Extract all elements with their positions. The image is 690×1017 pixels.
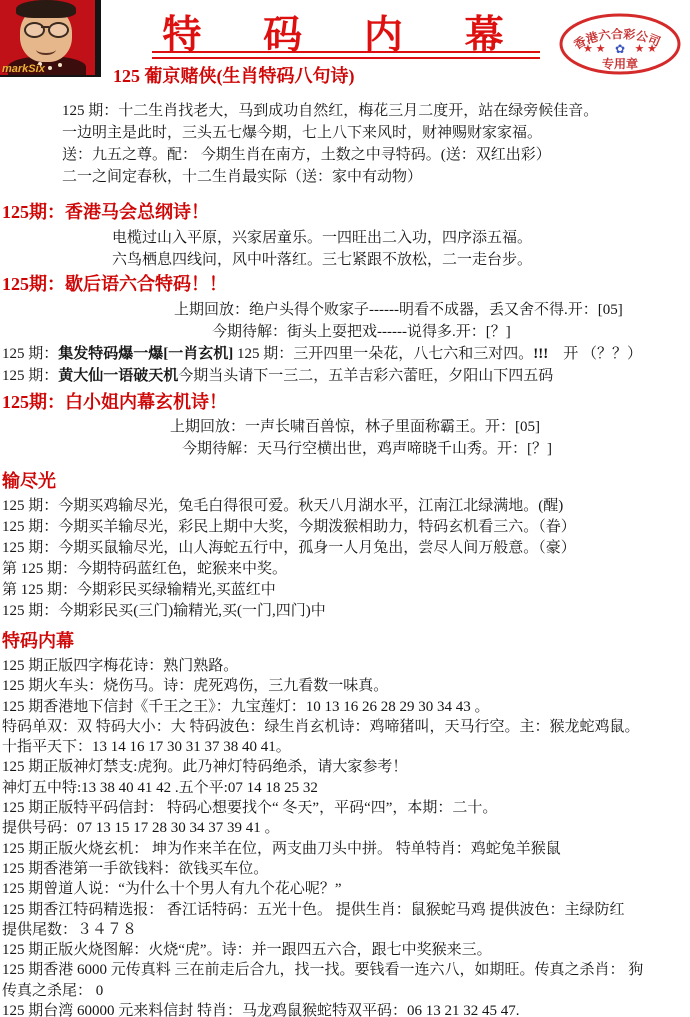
text-run: 125 期：十二生肖找老大，马到成功自然红，梅花三月二度开，站在绿旁候佳音。 — [62, 103, 598, 119]
text-line: 125 期正版火烧图解：火烧“虎”。诗：并一跟四五六合，跟七中奖猴来三。 — [2, 940, 643, 960]
text-run: 125 期正版四字梅花诗：熟门熟路。 — [2, 658, 238, 674]
text-line: 125 期曾道人说：“为什么十个男人有九个花心呢？” — [2, 879, 643, 899]
shirt-button — [58, 63, 62, 67]
text-run: 125 期香江特码精选报： 香江话特码：五光十色。 提供生肖：鼠猴蛇马鸡 提供波… — [2, 902, 625, 918]
text-run: 125 期正版火烧玄机： 坤为作来羊在位，两支曲刀头中拼。 特单特肖：鸡蛇兔羊猴… — [2, 841, 561, 857]
text-line: 125 期正版火烧玄机： 坤为作来羊在位，两支曲刀头中拼。 特单特肖：鸡蛇兔羊猴… — [2, 839, 643, 859]
section-heading-temaneimu: 特码内幕 — [2, 627, 74, 653]
text-run: 125 期：今期彩民买(三门)输精光,买(一门,四门)中 — [2, 603, 326, 619]
company-seal: 香港六合彩公司 ★ ★ ✿ ★ ★ 专用章 — [556, 10, 684, 78]
glasses-left-lens — [24, 22, 45, 38]
text-line: 上期回放：绝户头得个败家子------明看不成器，丢又舍不得.开：[05] — [174, 299, 642, 321]
text-run: 今期待解：街头上耍把戏------说得多.开：[？] — [212, 324, 511, 340]
text-run: 125 期火车头：烧伤马。诗：虎死鸡伤，三九看数一味真。 — [2, 678, 388, 694]
text-run: 125 期：今期买羊输尽光，彩民上期中大奖，今期泼猴相助力，特码玄机看三六。（眷… — [2, 519, 576, 535]
text-line: 十指平天下：13 14 16 17 30 31 37 38 40 41。 — [2, 737, 643, 757]
text-run: 125 期香港第一手欲钱料：欲钱买车位。 — [2, 861, 268, 877]
text-run: 125 期香港 6000 元传真料 三在前走后合九，找一找。要钱看一连六八，如期… — [2, 962, 643, 978]
section-heading-shujinguang: 输尽光 — [2, 467, 56, 493]
text-line: 125 期正版神灯禁支:虎狗。此乃神灯特码绝杀，请大家参考！ — [2, 757, 643, 777]
text-run: 上期回放：绝户头得个败家子------明看不成器，丢又舍不得.开：[05] — [174, 302, 623, 318]
text-run: 第 125 期：今期彩民买绿输精光,买蓝红中 — [2, 582, 276, 598]
text-line: 125 期：十二生肖找老大，马到成功自然红，梅花三月二度开，站在绿旁候佳音。 — [62, 100, 598, 122]
text-run: 提供号码：07 13 15 17 28 30 34 37 39 41 。 — [2, 820, 280, 836]
text-line: 传真之杀尾： 0 — [2, 981, 643, 1001]
section-heading-hkjc-poem: 125期：香港马会总纲诗！ — [2, 198, 209, 224]
text-run: 125 期曾道人说：“为什么十个男人有九个花心呢？” — [2, 881, 342, 897]
text-line: 送：九五之尊。配： 今期生肖在南方，土数之中寻特码。(送：双红出彩） — [62, 144, 598, 166]
text-line: 125 期：今期买羊输尽光，彩民上期中大奖，今期泼猴相助力，特码玄机看三六。（眷… — [2, 517, 576, 538]
text-run: 上期回放：一声长啸百兽惊，林子里面称霸王。开：[05] — [170, 419, 540, 435]
text-run: 125 期正版火烧图解：火烧“虎”。诗：并一跟四五六合，跟七中奖猴来三。 — [2, 942, 492, 958]
text-run-bold: !!! — [533, 346, 548, 362]
text-run: 神灯五中特:13 38 40 41 42 .五个平:07 14 18 25 32 — [2, 780, 318, 796]
section-heading-baixiaojie: 125期：白小姐内幕玄机诗！ — [2, 388, 227, 414]
text-run: 125 期： — [2, 368, 58, 384]
text-line: 125 期：今期买鸡输尽光，兔毛白得很可爱。秋天八月湖水平，江南江北绿满地。(醒… — [2, 496, 576, 517]
text-line: 提供尾数：３４７８ — [2, 920, 643, 940]
text-line: 125 期正版特平码信封： 特码心想要找个“ 冬天”，平码“四”，本期：二十。 — [2, 798, 643, 818]
shirt-button — [48, 66, 52, 70]
seal-stars-right: ★ ★ — [635, 43, 658, 55]
section-body-baixiaojie: 上期回放：一声长啸百兽惊，林子里面称霸王。开：[05]今期待解：天马行空横出世，… — [2, 416, 552, 460]
section-body-shujinguang: 125 期：今期买鸡输尽光，兔毛白得很可爱。秋天八月湖水平，江南江北绿满地。(醒… — [2, 496, 576, 622]
text-line: 125 期香港第一手欲钱料：欲钱买车位。 — [2, 859, 643, 879]
tip-sheet-page: markSix 特 码 内 幕 香港六合彩公司 ★ ★ ✿ ★ ★ 专用章 12… — [0, 0, 690, 1017]
text-run: 125 期正版神灯禁支:虎狗。此乃神灯特码绝杀，请大家参考！ — [2, 759, 407, 775]
text-run: 开 （？？） — [548, 346, 642, 362]
section-body-temaneimu: 125 期正版四字梅花诗：熟门熟路。125 期火车头：烧伤马。诗：虎死鸡伤，三九… — [2, 656, 643, 1017]
section-heading-xiehouyu: 125期：歇后语六合特码！！ — [2, 270, 227, 296]
text-line: 125 期台湾 60000 元来料信封 特肖：马龙鸡鼠猴蛇特双平码：06 13 … — [2, 1001, 643, 1017]
glasses-bridge — [41, 26, 49, 28]
text-run: 提供尾数：３４７８ — [2, 922, 137, 938]
text-run: 特码单双：双 特码大小：大 特码波色：绿生肖玄机诗：鸡啼猪叫，天马行空。主：猴龙… — [2, 719, 640, 735]
text-line: 125 期香江特码精选报： 香江话特码：五光十色。 提供生肖：鼠猴蛇马鸡 提供波… — [2, 900, 643, 920]
section-heading-pujing: 125 葡京赌侠(生肖特码八句诗) — [113, 62, 355, 88]
photo-hair — [16, 0, 76, 18]
text-line: 第 125 期：今期彩民买绿输精光,买蓝红中 — [2, 580, 576, 601]
text-line: 第 125 期：今期特码蓝红色，蛇猴来中奖。 — [2, 559, 576, 580]
text-run: 传真之杀尾： 0 — [2, 983, 103, 999]
text-line: 125 期香港 6000 元传真料 三在前走后合九，找一找。要钱看一连六八，如期… — [2, 960, 643, 980]
text-run: 送：九五之尊。配： 今期生肖在南方，土数之中寻特码。(送：双红出彩） — [62, 147, 551, 163]
text-run-bold: 黄大仙一语破天机 — [58, 368, 178, 384]
text-run: 125 期香港地下信封《千王之王》：九宝莲灯：10 13 16 26 28 29… — [2, 699, 490, 715]
text-line: 125 期香港地下信封《千王之王》：九宝莲灯：10 13 16 26 28 29… — [2, 697, 643, 717]
text-run: 第 125 期：今期特码蓝红色，蛇猴来中奖。 — [2, 561, 287, 577]
text-line: 125 期：黄大仙一语破天机今期当头请下一三二，五羊吉彩六蕾旺，夕阳山下四五码 — [2, 365, 642, 387]
title-double-underline — [152, 51, 540, 59]
text-line: 一边明主是此时，三头五七爆今期，七上八下来风时，财神赐财家家福。 — [62, 122, 598, 144]
text-line: 125 期：今期买鼠输尽光，山人海蛇五行中，孤身一人月兔出，尝尽人间万般意。（豪… — [2, 538, 576, 559]
glasses-right-lens — [48, 22, 69, 38]
text-line: 125 期：今期彩民买(三门)输精光,买(一门,四门)中 — [2, 601, 576, 622]
text-line: 电榄过山入平原，兴家居童乐。一四旺出二入功，四序添五福。 — [112, 227, 532, 249]
text-line: 二一之间定春秋，十二生肖最实际（送：家中有动物） — [62, 166, 598, 188]
section-body-xiehouyu: 上期回放：绝户头得个败家子------明看不成器，丢又舍不得.开：[05]今期待… — [2, 299, 642, 387]
text-line: 125 期正版四字梅花诗：熟门熟路。 — [2, 656, 643, 676]
text-run: 125 期：今期买鸡输尽光，兔毛白得很可爱。秋天八月湖水平，江南江北绿满地。(醒… — [2, 498, 563, 514]
text-line: 提供号码：07 13 15 17 28 30 34 37 39 41 。 — [2, 818, 643, 838]
text-run: 125 期： — [2, 346, 58, 362]
text-line: 125 期火车头：烧伤马。诗：虎死鸡伤，三九看数一味真。 — [2, 676, 643, 696]
text-run: 125 期正版特平码信封： 特码心想要找个“ 冬天”，平码“四”，本期：二十。 — [2, 800, 497, 816]
photo-smile — [36, 44, 56, 55]
text-run: 125 期：三开四里一朵花，八七六和三对四。 — [233, 346, 533, 362]
text-run: 一边明主是此时，三头五七爆今期，七上八下来风时，财神赐财家家福。 — [62, 125, 542, 141]
text-line: 上期回放：一声长啸百兽惊，林子里面称霸王。开：[05] — [170, 416, 552, 438]
tipster-photo: markSix — [0, 0, 101, 77]
text-run: 今期当头请下一三二，五羊吉彩六蕾旺，夕阳山下四五码 — [178, 368, 553, 384]
text-line: 六鸟栖息四线问，风中叶落红。三七紧跟不放松，二一走台步。 — [112, 249, 532, 271]
text-run: 今期待解：天马行空横出世，鸡声啼晓千山秀。开：[？] — [182, 441, 552, 457]
text-line: 特码单双：双 特码大小：大 特码波色：绿生肖玄机诗：鸡啼猪叫，天马行空。主：猴龙… — [2, 717, 643, 737]
text-run: 125 期：今期买鼠输尽光，山人海蛇五行中，孤身一人月兔出，尝尽人间万般意。（豪… — [2, 540, 576, 556]
text-run: 二一之间定春秋，十二生肖最实际（送：家中有动物） — [62, 169, 422, 185]
text-line: 今期待解：天马行空横出世，鸡声啼晓千山秀。开：[？] — [182, 438, 552, 460]
text-line: 125 期：集发特码爆一爆[一肖玄机] 125 期：三开四里一朵花，八七六和三对… — [2, 343, 642, 365]
section-body-hkjc-poem: 电榄过山入平原，兴家居童乐。一四旺出二入功，四序添五福。六鸟栖息四线问，风中叶落… — [112, 227, 532, 271]
text-line: 今期待解：街头上耍把戏------说得多.开：[？] — [212, 321, 642, 343]
text-run: 十指平天下：13 14 16 17 30 31 37 38 40 41。 — [2, 739, 291, 755]
text-run-bold: 集发特码爆一爆[一肖玄机] — [58, 346, 233, 362]
text-run: 125 期台湾 60000 元来料信封 特肖：马龙鸡鼠猴蛇特双平码：06 13 … — [2, 1003, 520, 1017]
section-body-pujing: 125 期：十二生肖找老大，马到成功自然红，梅花三月二度开，站在绿旁候佳音。一边… — [62, 100, 598, 188]
seal-stars-left: ★ ★ — [583, 43, 606, 55]
text-line: 神灯五中特:13 38 40 41 42 .五个平:07 14 18 25 32 — [2, 778, 643, 798]
text-run: 电榄过山入平原，兴家居童乐。一四旺出二入功，四序添五福。 — [112, 230, 532, 246]
seal-bottom-text: 专用章 — [602, 56, 638, 71]
text-run: 六鸟栖息四线问，风中叶落红。三七紧跟不放松，二一走台步。 — [112, 252, 532, 268]
marksix-logo-text: markSix — [2, 63, 45, 75]
seal-flower-icon: ✿ — [615, 42, 625, 56]
